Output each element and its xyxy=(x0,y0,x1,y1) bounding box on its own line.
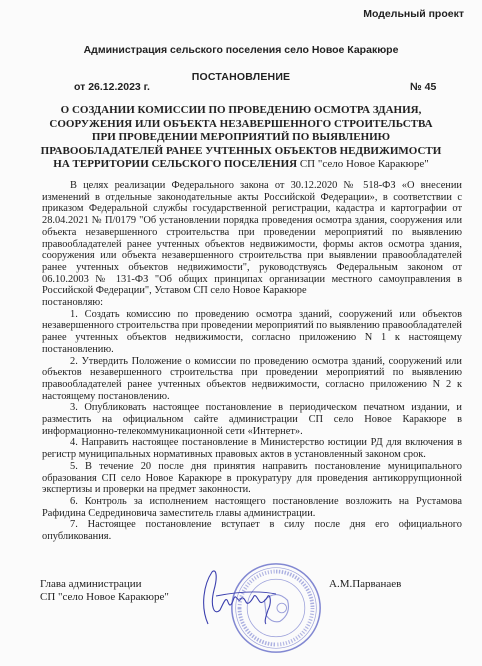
item-5: 5. В течение 20 после дня принятия напра… xyxy=(42,461,462,496)
document-number: № 45 xyxy=(410,81,436,93)
signatory-title: Глава администрации СП "село Новое Карак… xyxy=(40,578,169,604)
item-2: 2. Утвердить Положение о комиссии по про… xyxy=(42,356,462,403)
item-6: 6. Контроль за исполнением настоящего по… xyxy=(42,496,462,519)
model-project-label: Модельный проект xyxy=(363,8,464,20)
signatory-title-line2: СП "село Новое Каракюре" xyxy=(40,591,169,604)
item-3: 3. Опубликовать настоящее постановление … xyxy=(42,402,462,437)
item-4: 4. Направить настоящее постановление в М… xyxy=(42,437,462,460)
signature-icon xyxy=(196,566,286,626)
item-1: 1. Создать комиссию по проведению осмотр… xyxy=(42,309,462,356)
item-7: 7. Настоящее постановление вступает в си… xyxy=(42,519,462,542)
document-date: от 26.12.2023 г. xyxy=(74,81,150,93)
signatory-title-line1: Глава администрации xyxy=(40,578,169,591)
signatory-name: А.М.Парванаев xyxy=(329,578,401,590)
administration-name: Администрация сельского поселения село Н… xyxy=(0,44,482,56)
preamble-paragraph: В целях реализации Федерального закона о… xyxy=(42,180,462,297)
document-body: В целях реализации Федерального закона о… xyxy=(42,180,462,543)
document-heading: О СОЗДАНИИ КОМИССИИ ПО ПРОВЕДЕНИЮ ОСМОТР… xyxy=(40,104,442,172)
document-page: Модельный проект Администрация сельского… xyxy=(0,0,482,666)
heading-normal-text: СП "село Новое Каракюре" xyxy=(297,158,429,170)
decree-word: постановляю: xyxy=(42,297,462,309)
